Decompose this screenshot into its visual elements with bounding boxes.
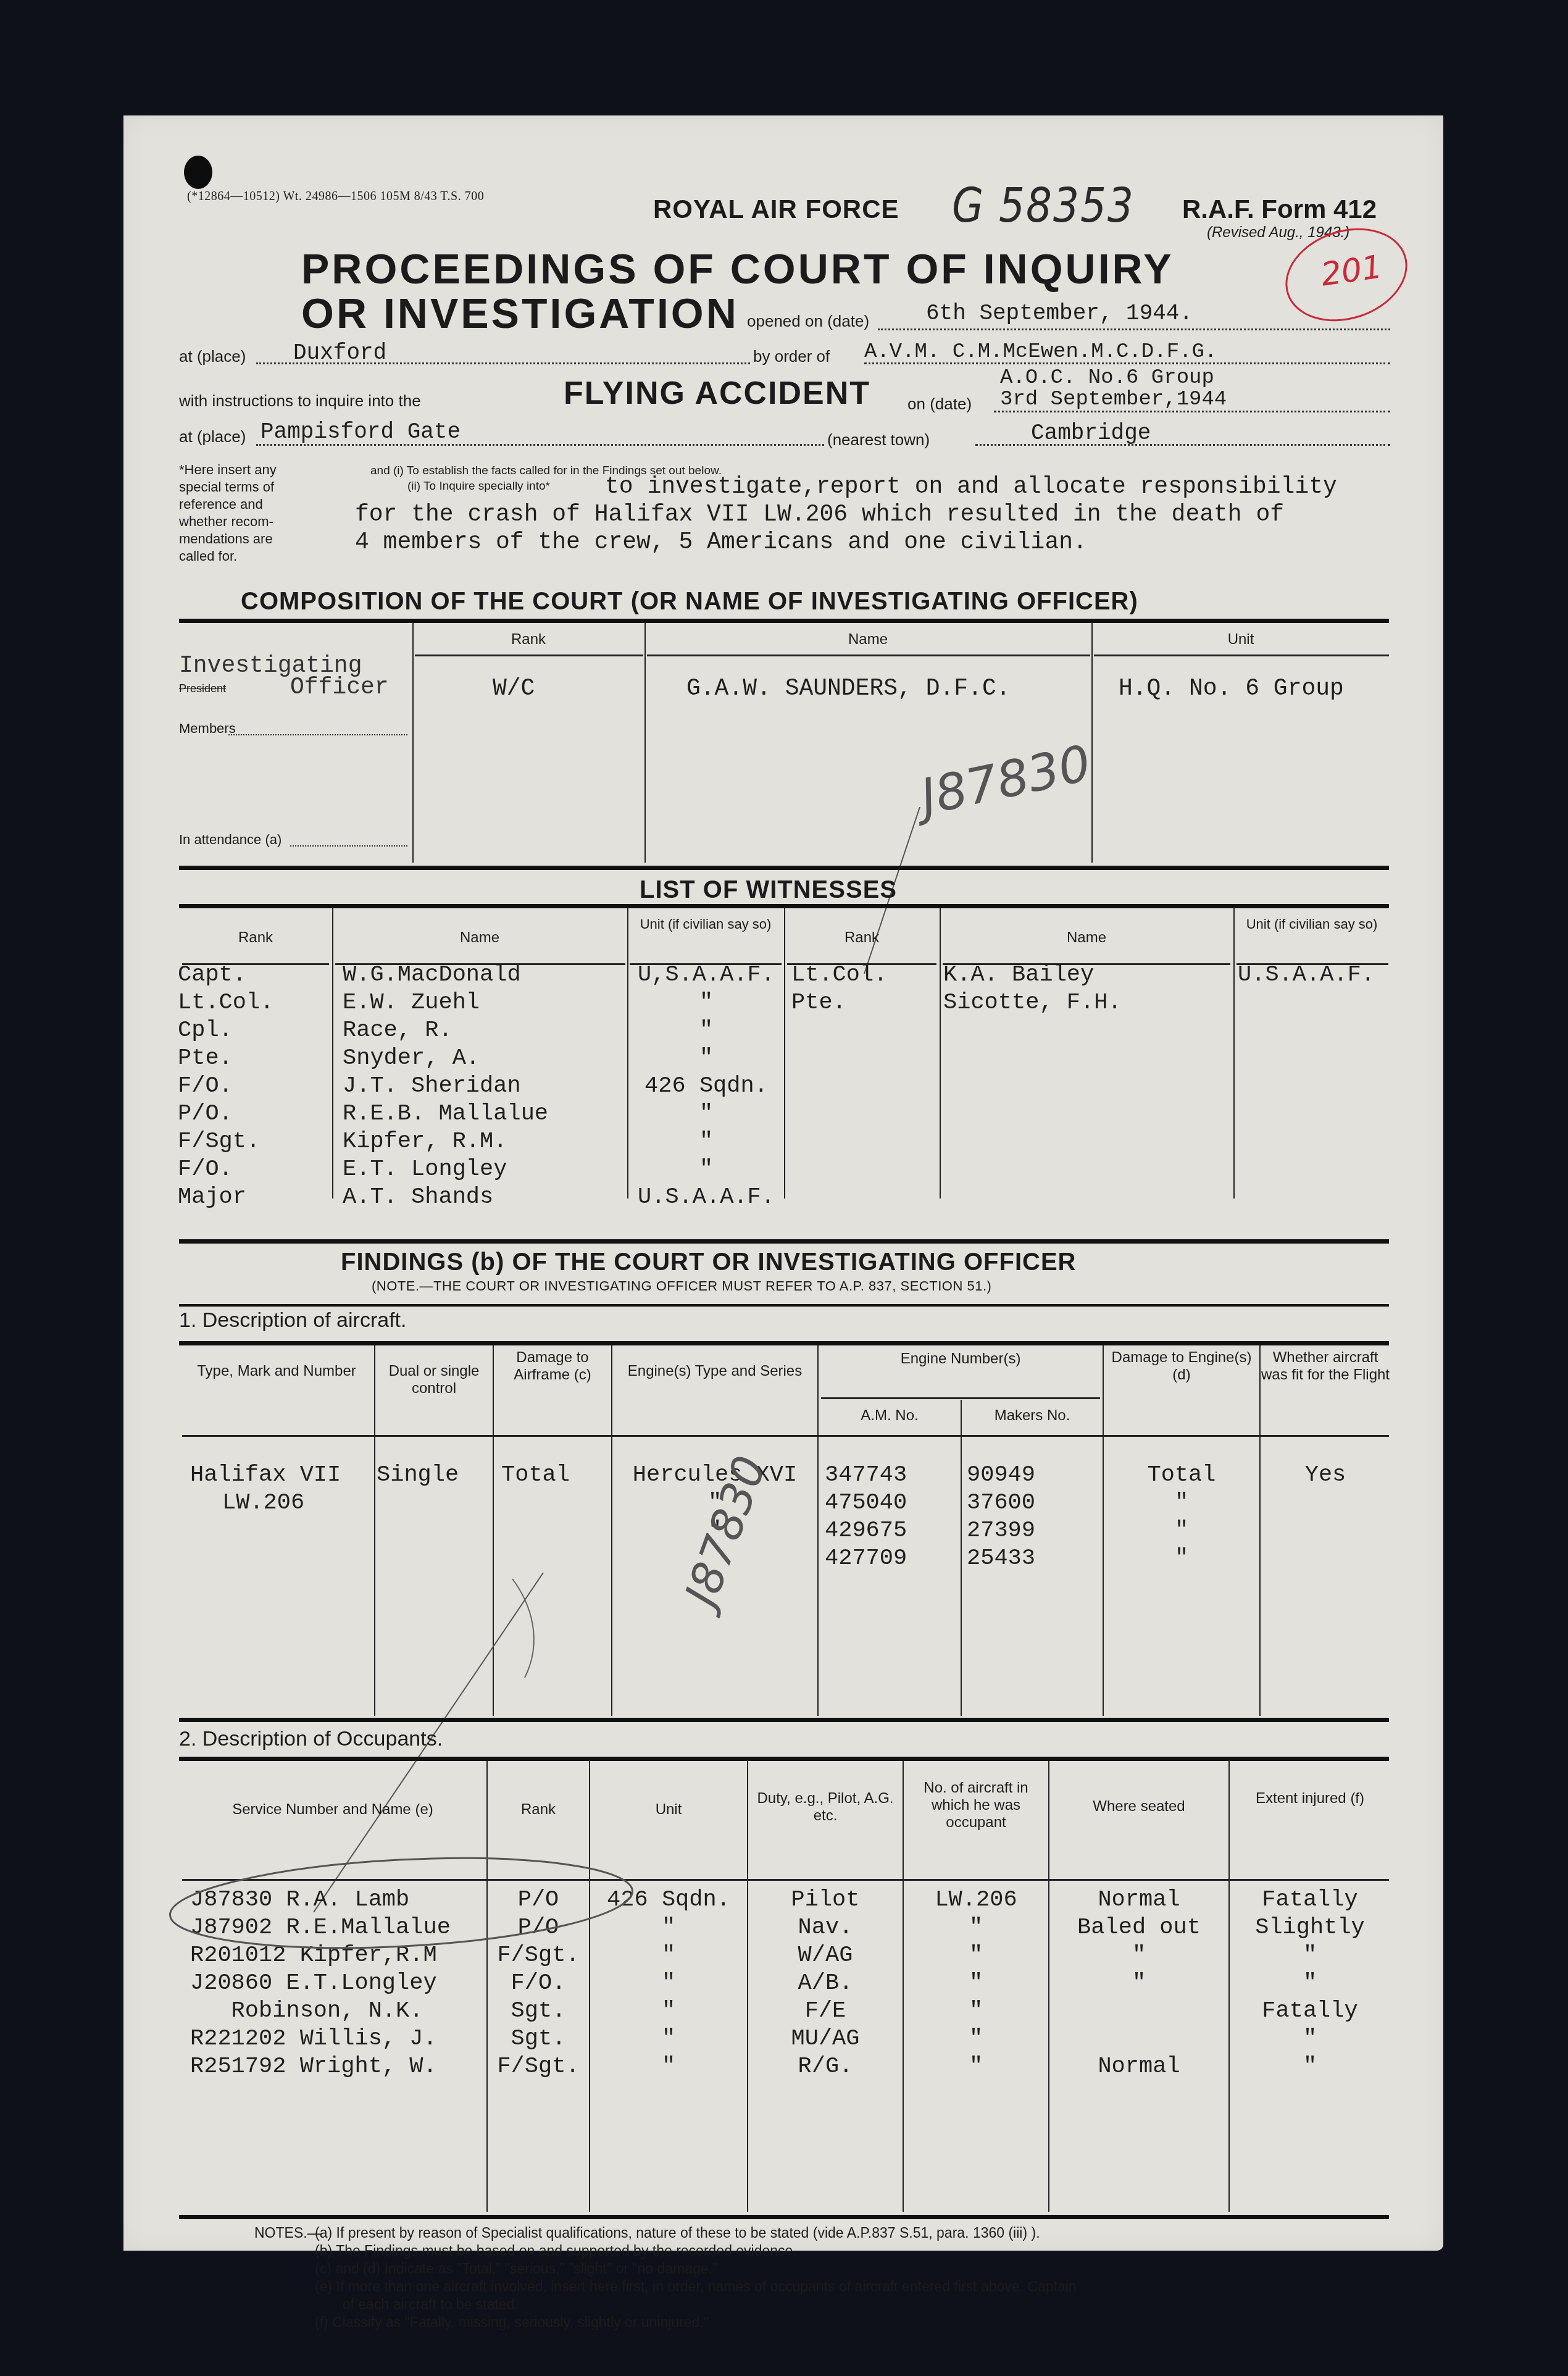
witness-right-ranks: Lt.Col.Pte. xyxy=(791,961,887,1017)
opened-on-label: opened on (date) xyxy=(747,312,869,331)
composition-col-name: Name xyxy=(644,631,1091,648)
aircraft-col-engine-numbers: Engine Number(s) xyxy=(819,1350,1103,1368)
attendance-label: In attendance (a) xyxy=(179,832,281,848)
occupants-col-duty: Duty, e.g., Pilot, A.G. etc. xyxy=(748,1790,903,1825)
members-label: Members xyxy=(179,721,236,737)
form-number: R.A.F. Form 412 xyxy=(1182,195,1377,224)
occupants-section-title: 2. Description of Occupants. xyxy=(179,1727,443,1751)
occupants-col-aircraft: No. of aircraft in which he was occupant xyxy=(904,1780,1048,1831)
occupants-col-rank: Rank xyxy=(488,1801,589,1818)
witness-left-names: W.G.MacDonaldE.W. ZuehlRace, R.Snyder, A… xyxy=(343,961,548,1211)
print-code: (*12864—10512) Wt. 24986—1506 105M 8/43 … xyxy=(187,190,484,204)
aircraft-col-damage-airframe: Damage to Airframe (c) xyxy=(494,1349,611,1384)
place-label: at (place) xyxy=(179,347,246,366)
document-title-line2: OR INVESTIGATION xyxy=(301,290,739,338)
pencil-circle-annotation-icon xyxy=(154,1844,648,1956)
occupants-col-injury: Extent injured (f) xyxy=(1230,1790,1390,1807)
service-title: ROYAL AIR FORCE xyxy=(653,195,899,224)
witness-col-rank-right: Rank xyxy=(784,929,940,947)
instructions-label: with instructions to inquire into the xyxy=(179,391,421,411)
aircraft-col-engines: Engine(s) Type and Series xyxy=(612,1363,817,1380)
aircraft-am-numbers: 347743475040429675427709 xyxy=(825,1462,907,1573)
aircraft-type-value: Halifax VIILW.206 xyxy=(190,1462,341,1517)
by-order-label: by order of xyxy=(753,347,830,366)
witness-right-units: U.S.A.A.F. xyxy=(1238,961,1375,989)
nearest-town-value: Cambridge xyxy=(1031,420,1151,446)
findings-note: (NOTE.—THE COURT OR INVESTIGATING OFFICE… xyxy=(372,1278,991,1294)
aircraft-col-control: Dual or single control xyxy=(375,1363,493,1397)
witness-col-unit-left: Unit (if civilian say so) xyxy=(630,916,782,933)
composition-role-struck: President xyxy=(179,682,226,695)
accident-type: FLYING ACCIDENT xyxy=(564,375,870,412)
witness-col-unit-right: Unit (if civilian say so) xyxy=(1236,916,1388,933)
aircraft-col-fit: Whether aircraft was fit for the Flight xyxy=(1261,1349,1390,1384)
witnesses-heading: LIST OF WITNESSES xyxy=(640,876,897,904)
occupant-duties: PilotNav.W/AGA/B.F/EMU/AGR/G. xyxy=(748,1886,903,2081)
by-order-value: A.V.M. C.M.McEwen.M.C.D.F.G. xyxy=(864,340,1217,364)
notes-label: NOTES.— xyxy=(254,2224,322,2242)
pencil-service-number-note: J87830 xyxy=(915,734,1095,826)
terms-text-line2: for the crash of Halifax VII LW.206 whic… xyxy=(355,501,1284,528)
opened-on-value: 6th September, 1944. xyxy=(926,301,1193,326)
findings-heading: FINDINGS (b) OF THE COURT OR INVESTIGATI… xyxy=(341,1249,1076,1276)
witness-left-ranks: Capt.Lt.Col.Cpl.Pte.F/O.P/O.F/Sgt.F/O.Ma… xyxy=(178,961,273,1211)
composition-unit-value: H.Q. No. 6 Group xyxy=(1119,676,1344,702)
aircraft-col-damage-engines: Damage to Engine(s) (d) xyxy=(1104,1349,1259,1384)
accident-place-label: at (place) xyxy=(179,427,246,446)
aircraft-section-title: 1. Description of aircraft. xyxy=(179,1308,406,1332)
composition-rank-value: W/C xyxy=(493,676,535,702)
notes-list: (a) If present by reason of Specialist q… xyxy=(315,2224,1077,2332)
accident-place-value: Pampisford Gate xyxy=(261,419,461,445)
composition-heading: COMPOSITION OF THE COURT (OR NAME OF INV… xyxy=(241,588,1138,616)
witness-left-units: U,S.A.A.F."""426 Sqdn."""U.S.A.A.F. xyxy=(628,961,784,1211)
on-date-value: 3rd September,1944 xyxy=(1000,388,1227,411)
aircraft-col-type: Type, Mark and Number xyxy=(179,1363,374,1380)
by-order-value-2: A.O.C. No.6 Group xyxy=(1000,366,1214,390)
terms-text-line3: 4 members of the crew, 5 Americans and o… xyxy=(355,529,1087,556)
form-page: (*12864—10512) Wt. 24986—1506 105M 8/43 … xyxy=(123,115,1443,2251)
composition-role-line2: Officer xyxy=(290,674,389,701)
aircraft-fit-value: Yes xyxy=(1261,1462,1390,1489)
witness-col-rank-left: Rank xyxy=(179,929,332,947)
composition-col-unit: Unit xyxy=(1091,631,1390,648)
terms-text-line1: to investigate,report on and allocate re… xyxy=(605,474,1337,500)
witness-col-name-right: Name xyxy=(940,929,1233,947)
place-value: Duxford xyxy=(293,340,386,366)
witness-col-name-left: Name xyxy=(332,929,627,947)
aircraft-col-makers-no: Makers No. xyxy=(962,1407,1103,1424)
aircraft-damage-airframe-value: Total xyxy=(501,1462,570,1489)
occupant-seated: NormalBaled out"" Normal xyxy=(1049,1886,1228,2081)
aircraft-col-am-no: A.M. No. xyxy=(819,1407,961,1424)
composition-col-rank: Rank xyxy=(412,631,644,648)
file-number: G 58353 xyxy=(952,178,1135,233)
terms-side-note: *Here insert any special terms of refere… xyxy=(179,461,277,565)
occupants-col-seated: Where seated xyxy=(1049,1798,1228,1815)
nearest-town-label: (nearest town) xyxy=(827,430,930,450)
aircraft-control-value: Single xyxy=(377,1462,459,1489)
witness-right-names: K.A. BaileySicotte, F.H. xyxy=(943,961,1122,1017)
on-date-label: on (date) xyxy=(907,395,972,414)
occupants-col-service: Service Number and Name (e) xyxy=(179,1801,486,1818)
punch-hole xyxy=(184,156,212,189)
aircraft-damage-engines: Total""" xyxy=(1104,1462,1259,1573)
occupant-injuries: FatallySlightly""Fatally"" xyxy=(1230,1886,1390,2081)
document-title-line1: PROCEEDINGS OF COURT OF INQUIRY xyxy=(301,245,1174,293)
composition-name-value: G.A.W. SAUNDERS, D.F.C. xyxy=(686,676,1011,702)
occupant-aircraft: LW.206"""""" xyxy=(904,1886,1048,2081)
occupants-col-unit: Unit xyxy=(590,1801,747,1818)
terms-item-ii: (ii) To Inquire specially into* xyxy=(407,480,550,493)
aircraft-makers-numbers: 90949376002739925433 xyxy=(967,1462,1035,1573)
